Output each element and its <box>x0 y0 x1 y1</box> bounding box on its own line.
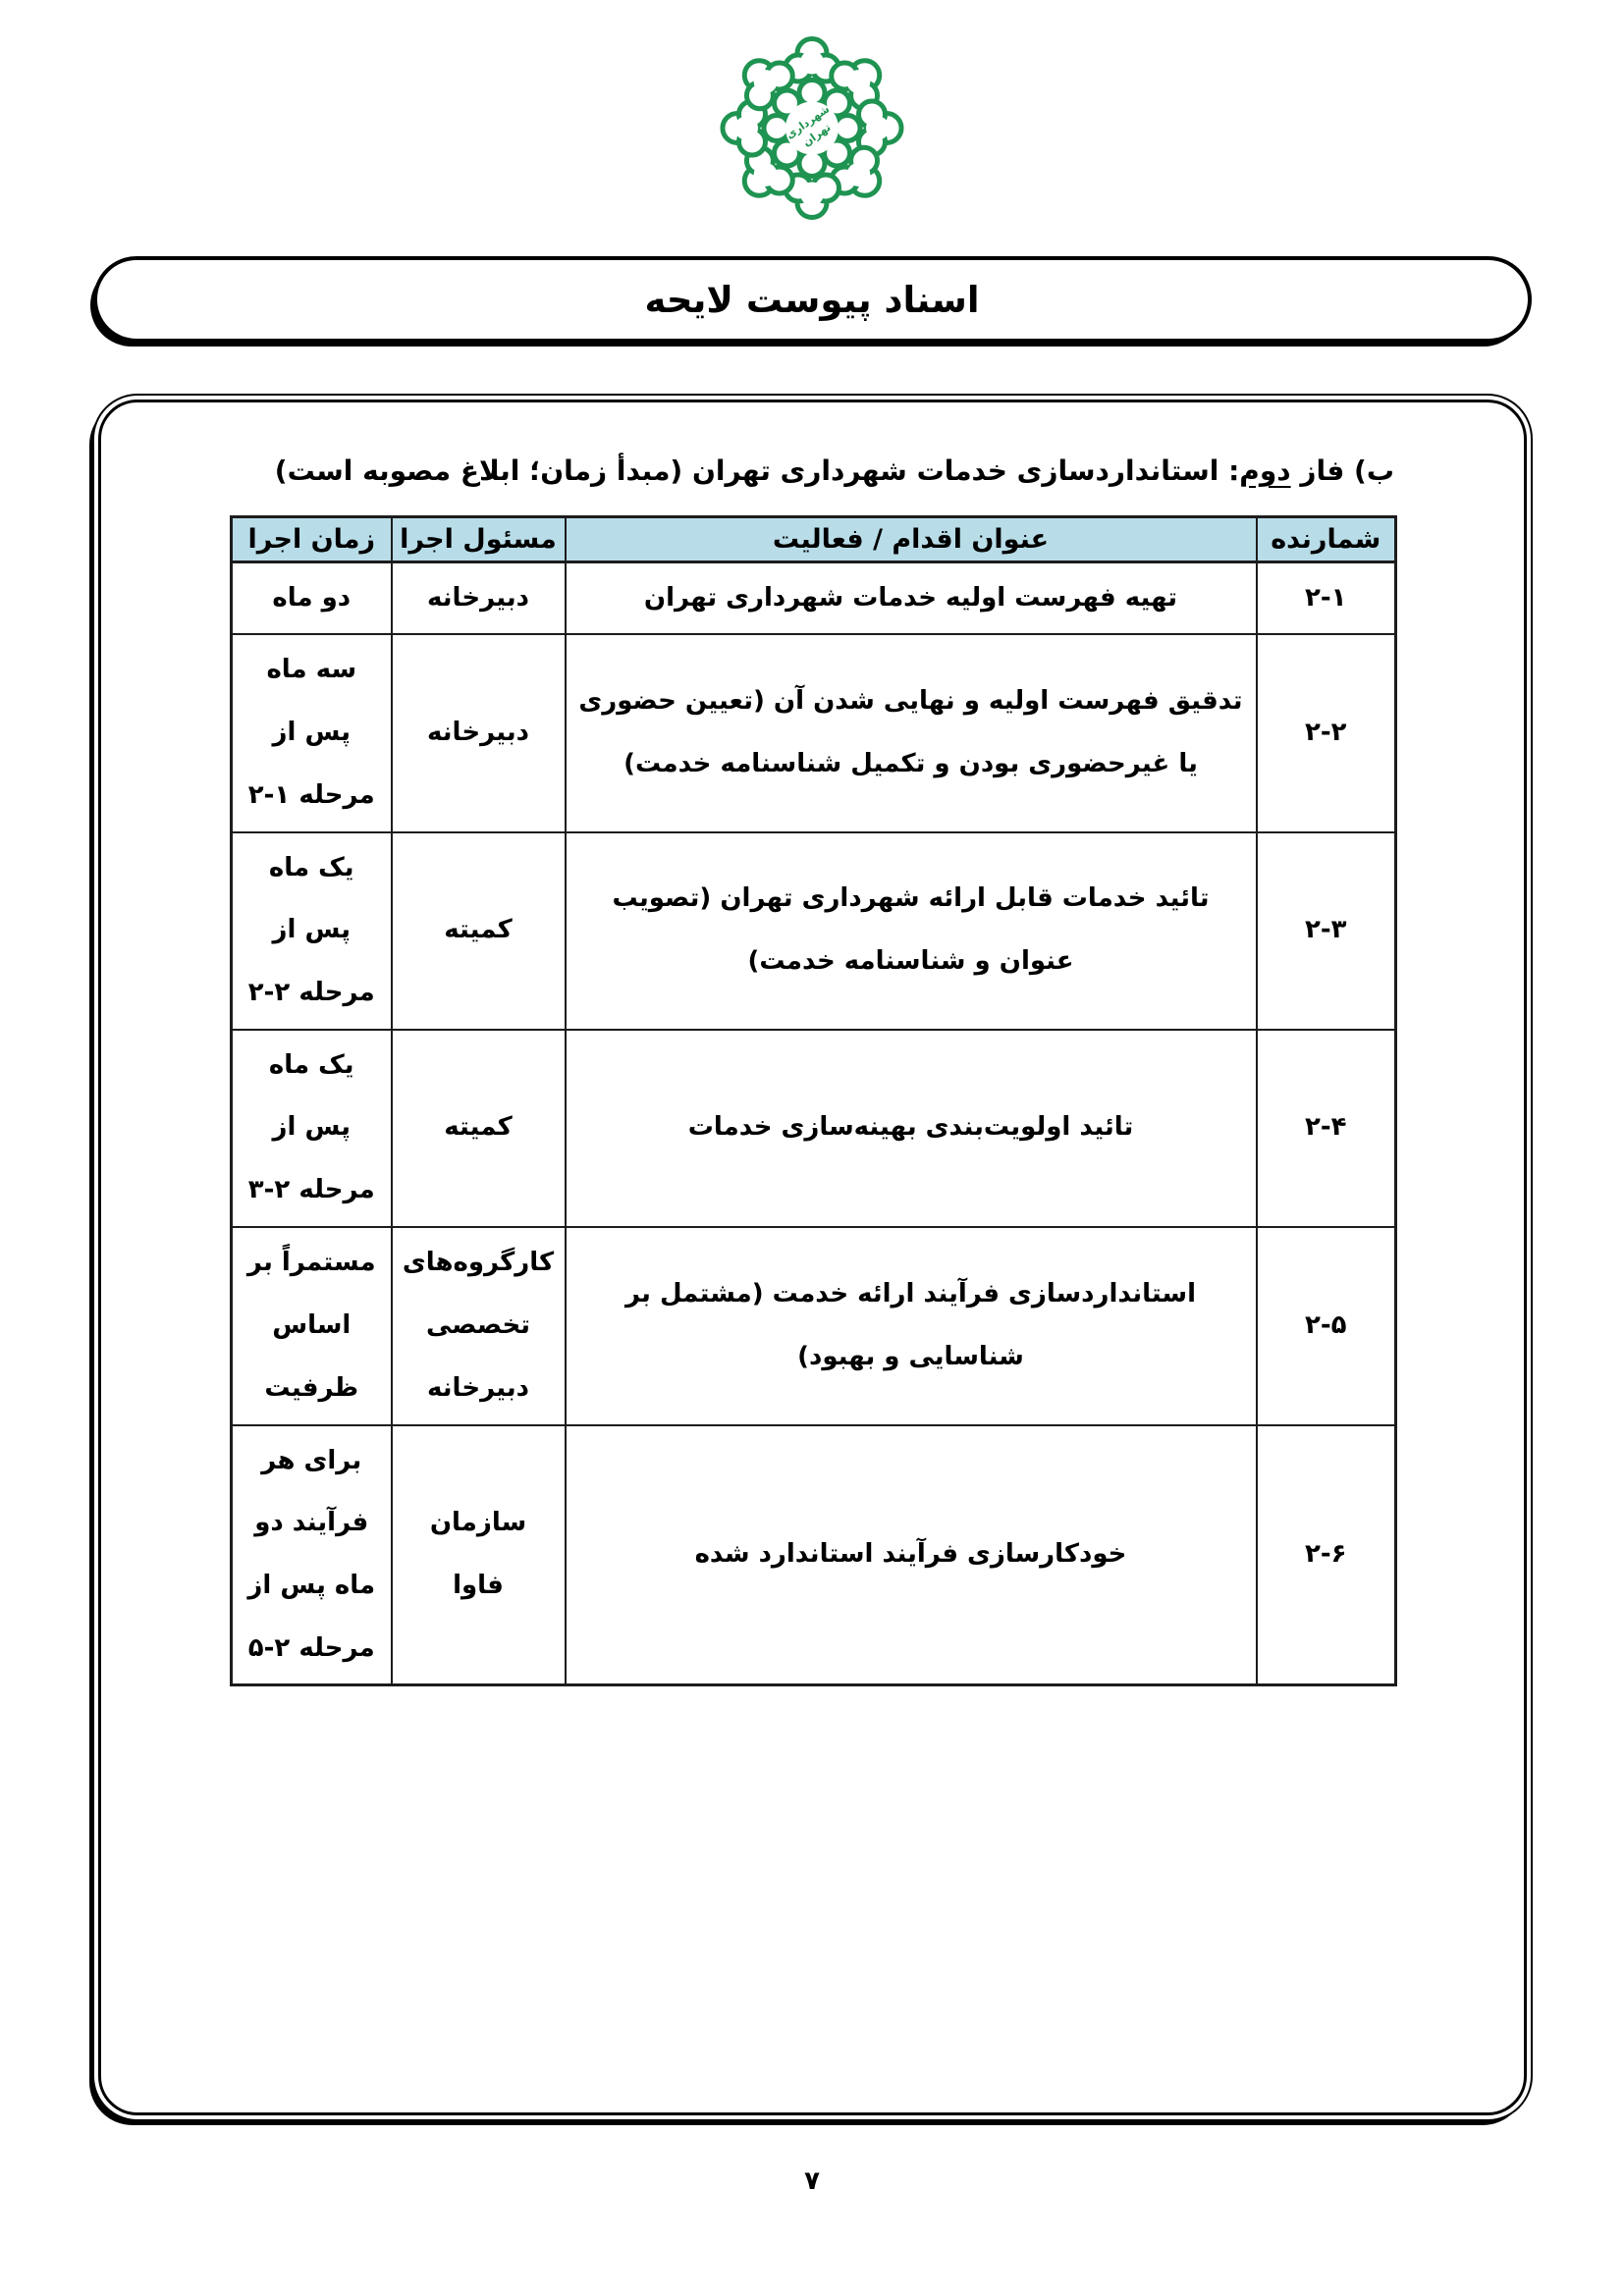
tehran-municipality-logo-graphic: شهرداری تهران <box>714 27 910 229</box>
cell-activity: تائید خدمات قابل ارائه شهرداری تهران (تص… <box>566 832 1257 1030</box>
cell-activity: تهیه فهرست اولیه خدمات شهرداری تهران <box>566 561 1257 634</box>
document-page: { "page": { "page_number": "۷" }, "banne… <box>0 0 1624 2296</box>
cell-time: یک ماه پس از مرحله ۲-۳ <box>232 1030 392 1227</box>
document-frame: ب) فاز دوم: استانداردسازی خدمات شهرداری … <box>92 394 1533 2121</box>
cell-owner: دبیرخانه <box>392 561 566 634</box>
cell-counter: ۲-۳ <box>1257 832 1396 1030</box>
cell-activity: تائید اولویت‌بندی بهینه‌سازی خدمات <box>566 1030 1257 1227</box>
header-cell-owner: مسئول اجرا <box>392 516 566 561</box>
cell-owner: دبیرخانه <box>392 634 566 831</box>
table-row: ۲-۶ خودکارسازی فرآیند استاندارد شده سازم… <box>232 1425 1396 1685</box>
banner-title: اسناد پیوست لایحه <box>644 279 979 321</box>
table-row: ۲-۳ تائید خدمات قابل ارائه شهرداری تهران… <box>232 832 1396 1030</box>
header-cell-time: زمان اجرا <box>232 516 392 561</box>
table-row: ۲-۴ تائید اولویت‌بندی بهینه‌سازی خدمات ک… <box>232 1030 1396 1227</box>
heading-prefix: ب) فاز <box>1291 454 1394 487</box>
table-row: ۲-۵ استانداردسازی فرآیند ارائه خدمت (مشت… <box>232 1227 1396 1425</box>
cell-owner: کمیته <box>392 832 566 1030</box>
cell-counter: ۲-۱ <box>1257 561 1396 634</box>
cell-time: مستمراً بر اساس ظرفیت <box>232 1227 392 1425</box>
activities-table: شمارنده عنوان اقدام / فعالیت مسئول اجرا … <box>230 515 1397 1687</box>
page-number: ۷ <box>0 2166 1624 2196</box>
header-cell-activity: عنوان اقدام / فعالیت <box>566 516 1257 561</box>
cell-counter: ۲-۶ <box>1257 1425 1396 1685</box>
tehran-municipality-logo: شهرداری تهران <box>714 27 910 229</box>
cell-time: سه ماه پس از مرحله ۱-۲ <box>232 634 392 831</box>
cell-owner: کارگروه‌های تخصصی دبیرخانه <box>392 1227 566 1425</box>
cell-counter: ۲-۴ <box>1257 1030 1396 1227</box>
header-banner: اسناد پیوست لایحه <box>93 256 1532 343</box>
cell-activity: استانداردسازی فرآیند ارائه خدمت (مشتمل ب… <box>566 1227 1257 1425</box>
cell-owner: سازمان فاوا <box>392 1425 566 1685</box>
header-cell-counter: شمارنده <box>1257 516 1396 561</box>
document-frame-inner: ب) فاز دوم: استانداردسازی خدمات شهرداری … <box>98 400 1527 2115</box>
cell-time: دو ماه <box>232 561 392 634</box>
heading-underlined-word: دوم <box>1239 454 1290 487</box>
heading-suffix: : استانداردسازی خدمات شهرداری تهران (مبد… <box>275 454 1240 487</box>
cell-activity: خودکارسازی فرآیند استاندارد شده <box>566 1425 1257 1685</box>
cell-owner: کمیته <box>392 1030 566 1227</box>
cell-time: یک ماه پس از مرحله ۲-۲ <box>232 832 392 1030</box>
section-heading: ب) فاز دوم: استانداردسازی خدمات شهرداری … <box>230 450 1394 494</box>
cell-time: برای هر فرآیند دو ماه پس از مرحله ۲-۵ <box>232 1425 392 1685</box>
table-header-row: شمارنده عنوان اقدام / فعالیت مسئول اجرا … <box>232 516 1396 561</box>
table-row: ۲-۱ تهیه فهرست اولیه خدمات شهرداری تهران… <box>232 561 1396 634</box>
cell-activity: تدقیق فهرست اولیه و نهایی شدن آن (تعیین … <box>566 634 1257 831</box>
table-row: ۲-۲ تدقیق فهرست اولیه و نهایی شدن آن (تع… <box>232 634 1396 831</box>
cell-counter: ۲-۵ <box>1257 1227 1396 1425</box>
cell-counter: ۲-۲ <box>1257 634 1396 831</box>
